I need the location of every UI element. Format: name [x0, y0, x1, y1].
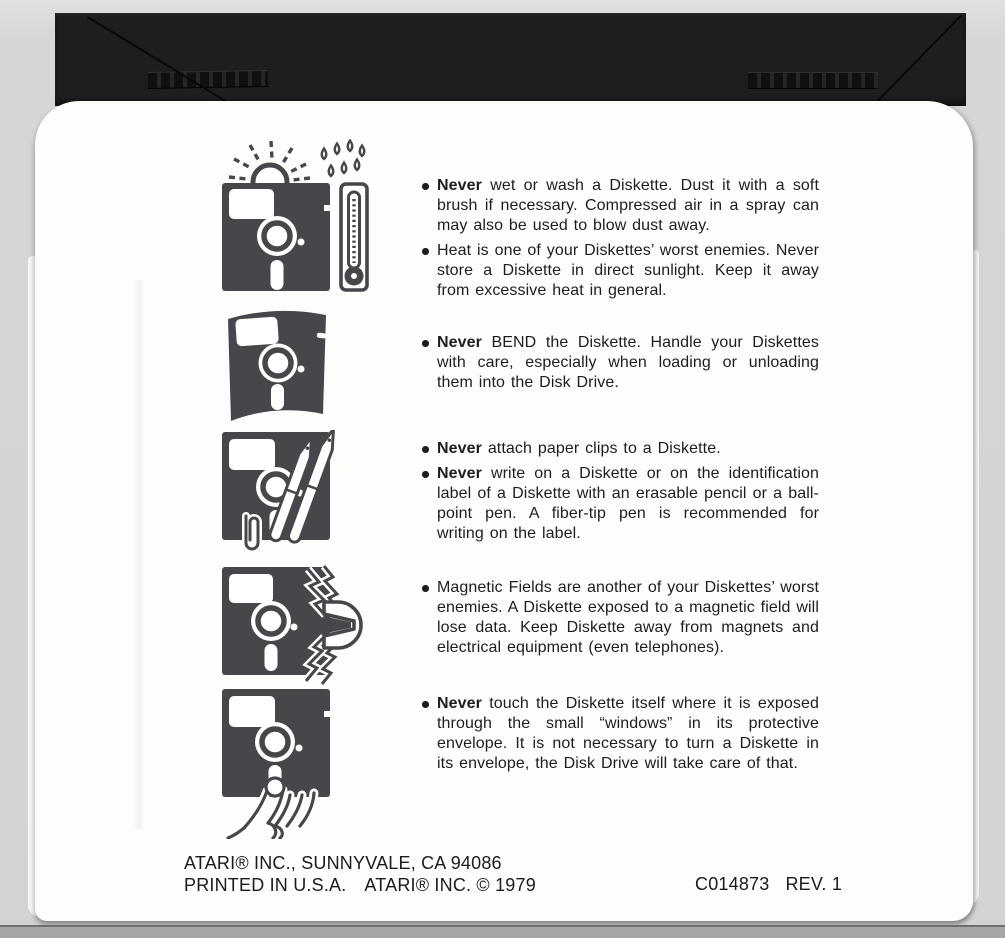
care-instruction-section-heat-water: Never wet or wash a Diskette. Dust it wi…	[419, 176, 819, 306]
printed-in: PRINTED IN U.S.A.	[184, 875, 346, 895]
bullet-lead: Never	[437, 465, 482, 482]
instruction-bullet: Never wet or wash a Diskette. Dust it wi…	[419, 176, 819, 236]
care-instruction-section-clips-pens: Never attach paper clips to a Diskette. …	[419, 439, 819, 549]
bullet-text: wet or wash a Diskette. Dust it with a s…	[437, 177, 819, 234]
bullet-dot	[422, 248, 429, 255]
hand-touch-illustration	[220, 687, 355, 839]
magnet-illustration	[220, 565, 372, 685]
bullet-dot	[422, 701, 429, 708]
embossed-mark-left	[148, 70, 268, 89]
bullet-text: BEND the Diskette. Handle your Diskettes…	[437, 334, 819, 391]
instruction-bullet: Never BEND the Diskette. Handle your Dis…	[419, 333, 819, 393]
heat-and-water-illustration	[220, 139, 370, 293]
bullet-dot	[422, 471, 429, 478]
company-address: ATARI® INC., SUNNYVALE, CA 94086	[184, 852, 536, 874]
paperclip-icon	[246, 516, 258, 549]
bullet-text: touch the Diskette itself where it is ex…	[437, 695, 819, 772]
bullet-text: write on a Diskette or on the identifica…	[437, 465, 819, 542]
diskette-icon	[222, 183, 330, 291]
water-drops-icon	[322, 141, 365, 177]
instruction-bullet: Never write on a Diskette or on the iden…	[419, 464, 819, 544]
bullet-lead: Never	[437, 440, 482, 457]
bent-diskette-illustration	[220, 302, 332, 424]
bullet-text: Heat is one of your Diskettes’ worst ene…	[437, 242, 819, 299]
revision: REV. 1	[785, 874, 842, 894]
bullet-dot	[422, 340, 429, 347]
bullet-dot	[422, 446, 429, 453]
bullet-lead: Never	[437, 695, 482, 712]
instruction-bullet: Heat is one of your Diskettes’ worst ene…	[419, 241, 819, 301]
footer: ATARI® INC., SUNNYVALE, CA 94086 PRINTED…	[184, 852, 536, 896]
copyright: ATARI® INC. © 1979	[364, 875, 536, 895]
paperclip-pens-illustration	[220, 430, 365, 552]
scanned-diskette-sleeve-back: { "colors": { "scanner_background": "#d6…	[0, 0, 1005, 938]
part-number: C014873	[695, 874, 769, 894]
bullet-dot	[422, 183, 429, 190]
care-instruction-section-magnetic: Magnetic Fields are another of your Disk…	[419, 578, 819, 663]
bullet-lead: Never	[437, 177, 482, 194]
envelope-inner-fold	[133, 280, 145, 830]
part-number-line: C014873REV. 1	[695, 874, 842, 895]
thermometer-icon	[341, 184, 367, 290]
bullet-dot	[422, 585, 429, 592]
care-instruction-section-bend: Never BEND the Diskette. Handle your Dis…	[419, 333, 819, 398]
print-copyright-line: PRINTED IN U.S.A.ATARI® INC. © 1979	[184, 874, 536, 896]
envelope-flap	[55, 13, 966, 106]
instruction-bullet: Never attach paper clips to a Diskette.	[419, 439, 819, 459]
care-instruction-section-touch: Never touch the Diskette itself where it…	[419, 694, 819, 779]
magnet-icon	[324, 602, 361, 648]
bent-diskette-icon	[228, 311, 326, 421]
instruction-bullet: Never touch the Diskette itself where it…	[419, 694, 819, 774]
bullet-text: attach paper clips to a Diskette.	[488, 440, 721, 457]
bullet-lead: Never	[437, 334, 482, 351]
scan-bottom-edge	[0, 925, 1005, 938]
instruction-bullet: Magnetic Fields are another of your Disk…	[419, 578, 819, 658]
embossed-mark-right	[748, 72, 878, 89]
bullet-text: Magnetic Fields are another of your Disk…	[437, 579, 819, 656]
